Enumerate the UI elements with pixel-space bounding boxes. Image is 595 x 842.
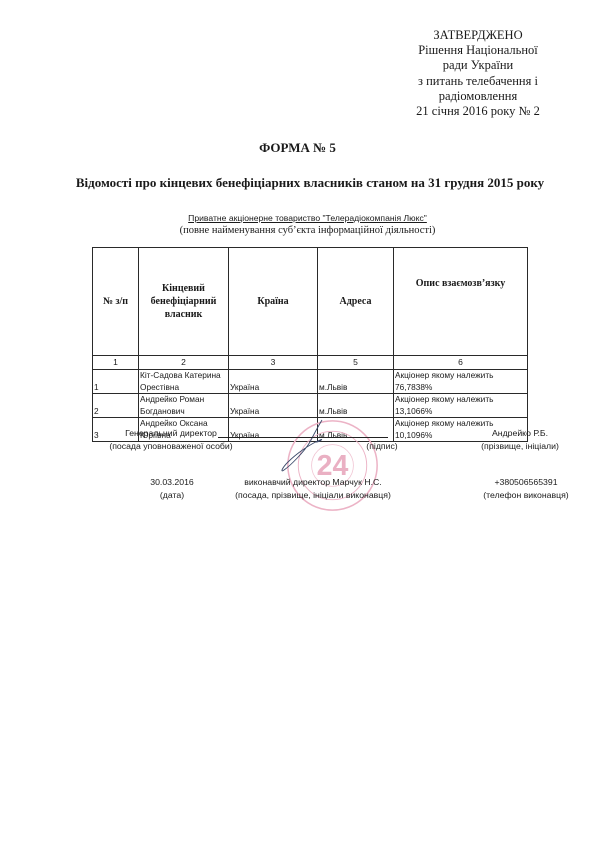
column-number-row: 1 2 3 5 6 (93, 356, 528, 370)
entity-name: Приватне акціонерне товариство "Телераді… (0, 213, 595, 223)
name-block: Андрейко Р.Б. (прізвище, ініціали) (468, 427, 572, 453)
cell-address: м.Львів (318, 394, 394, 418)
cell-country: Україна (229, 394, 318, 418)
date-caption: (дата) (127, 489, 217, 502)
approval-line: 21 січня 2016 року № 2 (378, 104, 578, 119)
approval-line: ЗАТВЕРДЖЕНО (378, 28, 578, 43)
column-number: 5 (318, 356, 394, 370)
name-caption: (прізвище, ініціали) (468, 440, 572, 453)
position-caption: (посада уповноваженої особи) (96, 440, 246, 453)
cell-relation: Акціонер якому належить 76,7838% (394, 370, 528, 394)
cell-country: Україна (229, 370, 318, 394)
date-value: 30.03.2016 (127, 476, 217, 489)
column-number: 6 (394, 356, 528, 370)
phone-caption: (телефон виконавця) (474, 489, 578, 502)
header-owner: Кінцевий бенефіціарний власник (139, 248, 229, 356)
position-value: Генеральний директор (96, 427, 246, 440)
cell-relation: Акціонер якому належить 13,1066% (394, 394, 528, 418)
cell-owner: Кіт-Садова Катерина Орестівна (139, 370, 229, 394)
phone-value: +380506565391 (474, 476, 578, 489)
approval-line: ради України (378, 58, 578, 73)
form-title: ФОРМА № 5 (0, 140, 595, 156)
signature-caption: (підпис) (352, 440, 412, 453)
table-row: 1 Кіт-Садова Катерина Орестівна Україна … (93, 370, 528, 394)
header-address: Адреса (318, 248, 394, 356)
executor-value: виконавчий директор Марчук Н.С. (228, 476, 398, 489)
cell-number: 1 (93, 370, 139, 394)
cell-number: 2 (93, 394, 139, 418)
phone-block: +380506565391 (телефон виконавця) (474, 476, 578, 502)
position-block: Генеральний директор (посада уповноважен… (96, 427, 246, 453)
executor-caption: (посада, прізвище, ініціали виконавця) (228, 489, 398, 502)
beneficial-owners-table: № з/п Кінцевий бенефіціарний власник Кра… (92, 247, 528, 442)
approval-line: Рішення Національної (378, 43, 578, 58)
column-number: 2 (139, 356, 229, 370)
cell-owner: Андрейко Роман Богданович (139, 394, 229, 418)
approval-line: з питань телебачення і (378, 74, 578, 89)
approval-block: ЗАТВЕРДЖЕНО Рішення Національної ради Ук… (378, 28, 578, 119)
cell-address: м.Львів (318, 370, 394, 394)
document-title: Відомості про кінцевих бенефіціарних вла… (0, 175, 595, 191)
name-value: Андрейко Р.Б. (468, 427, 572, 440)
entity-caption: (повне найменування суб’єкта інформаційн… (0, 225, 595, 236)
column-number: 1 (93, 356, 139, 370)
column-number: 3 (229, 356, 318, 370)
header-country: Країна (229, 248, 318, 356)
header-number: № з/п (93, 248, 139, 356)
date-block: 30.03.2016 (дата) (127, 476, 217, 502)
approval-line: радіомовлення (378, 89, 578, 104)
executor-block: виконавчий директор Марчук Н.С. (посада,… (228, 476, 398, 502)
header-relation: Опис взаємозв’язку (394, 248, 528, 356)
table-row: 2 Андрейко Роман Богданович Україна м.Ль… (93, 394, 528, 418)
signature-icon (276, 418, 336, 478)
table-header-row: № з/п Кінцевий бенефіціарний власник Кра… (93, 248, 528, 356)
